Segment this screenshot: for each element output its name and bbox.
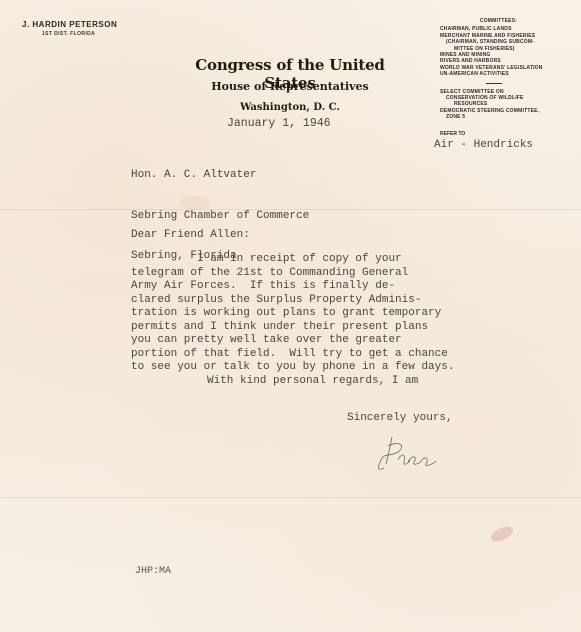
closing-line: With kind personal regards, I am [207, 375, 418, 389]
recipient-line: Hon. A. C. Altvater [131, 169, 309, 183]
paper-fold-line [0, 497, 581, 498]
letterhead-house: House of Representatives [170, 80, 410, 93]
committee-item: UN-AMERICAN ACTIVITIES [440, 71, 575, 77]
committees-group-select: SELECT COMMITTEE ONCONSERVATION OF WILDL… [440, 89, 575, 121]
committees-list: COMMITTEES: CHAIRMAN, PUBLIC LANDSMERCHA… [440, 18, 575, 121]
letterhead-city: Washington, D. C. [170, 102, 410, 113]
refer-to-value: Air - Hendricks [434, 139, 533, 151]
letter-body: I am in receipt of copy of yourtelegram … [131, 253, 454, 375]
typist-initials: JHP:MA [135, 565, 171, 579]
body-line: to see you or talk to you by phone in a … [131, 361, 454, 375]
letter-date: January 1, 1946 [227, 117, 331, 130]
body-line: I am in receipt of copy of your [131, 253, 454, 267]
sender-district: 1ST DIST. FLORIDA [42, 31, 95, 37]
handwritten-signature [370, 432, 440, 477]
body-line: telegram of the 21st to Commanding Gener… [131, 267, 454, 281]
committee-item: ZONE 5 [440, 114, 575, 120]
signoff: Sincerely yours, [347, 412, 453, 426]
committees-heading: COMMITTEES: [440, 18, 575, 24]
refer-to-label: REFER TO [440, 131, 465, 137]
salutation: Dear Friend Allen: [131, 229, 250, 243]
body-line: permits and I think under their present … [131, 321, 454, 335]
committees-divider [486, 83, 502, 84]
sender-name: J. HARDIN PETERSON [22, 20, 117, 29]
body-line: Army Air Forces. If this is finally de- [131, 280, 454, 294]
recipient-line: Sebring Chamber of Commerce [131, 210, 309, 224]
body-line: clared surplus the Surplus Property Admi… [131, 294, 454, 308]
committees-group-primary: CHAIRMAN, PUBLIC LANDSMERCHANT MARINE AN… [440, 26, 575, 77]
body-line: portion of that field. Will try to get a… [131, 348, 454, 362]
body-line: you can pretty well take over the greate… [131, 334, 454, 348]
body-line: tration is working out plans to grant te… [131, 307, 454, 321]
